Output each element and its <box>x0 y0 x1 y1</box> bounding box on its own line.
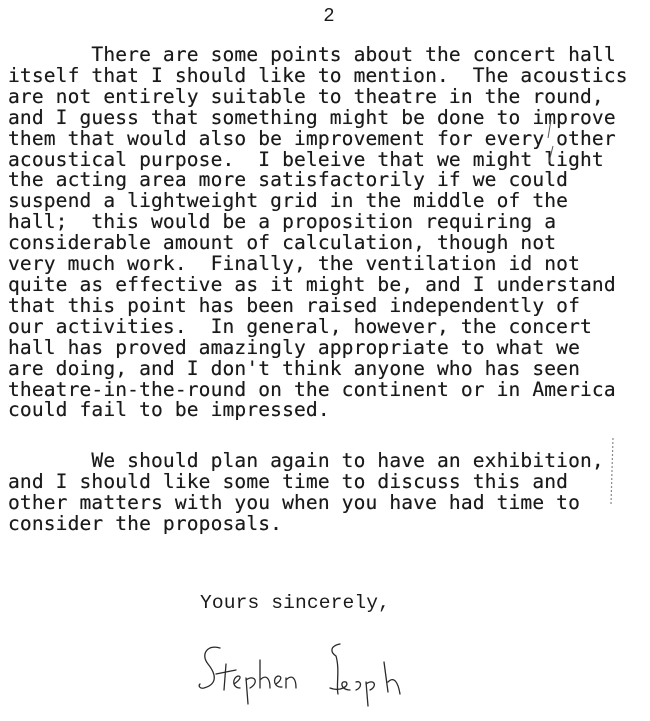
pencil-correction-mark <box>540 118 560 166</box>
closing-salutation: Yours sincerely, <box>200 593 390 614</box>
paragraph-2: We should plan again to have an exhibiti… <box>8 451 604 535</box>
paragraph-1: There are some points about the concert … <box>8 45 628 421</box>
handwritten-signature: Stephen Joseph <box>190 640 470 715</box>
margin-pencil-mark <box>605 436 619 506</box>
letter-page: 2 There are some points about the concer… <box>0 0 650 721</box>
page-number: 2 <box>0 6 650 26</box>
